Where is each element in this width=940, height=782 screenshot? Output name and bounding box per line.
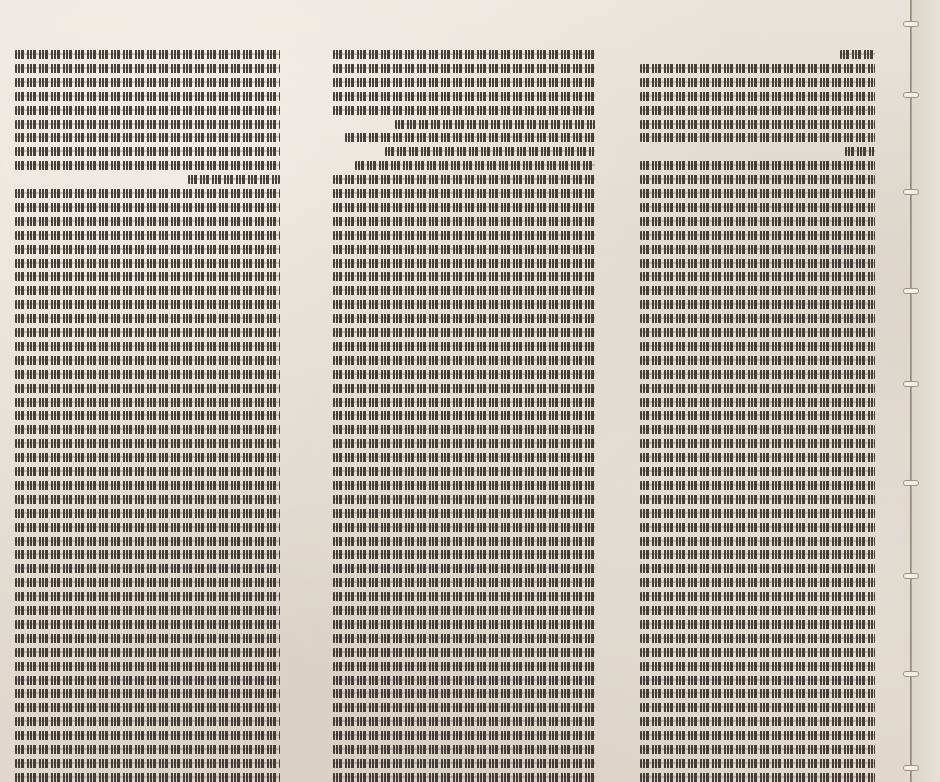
text-line <box>15 217 280 226</box>
text-line <box>333 606 595 615</box>
text-line <box>15 481 280 490</box>
text-line <box>15 356 280 365</box>
text-line <box>333 217 595 226</box>
text-line <box>333 356 595 365</box>
text-line <box>355 161 595 170</box>
text-line <box>640 231 875 240</box>
text-line <box>15 272 280 281</box>
text-line <box>640 676 875 685</box>
text-line <box>640 495 875 504</box>
text-line <box>640 481 875 490</box>
text-line <box>640 272 875 281</box>
text-line <box>15 509 280 518</box>
text-line <box>333 370 595 379</box>
text-line <box>15 703 280 712</box>
text-line <box>15 676 280 685</box>
text-line <box>640 592 875 601</box>
text-line <box>640 731 875 740</box>
text-line <box>640 203 875 212</box>
text-line <box>15 50 280 59</box>
text-line <box>333 759 595 768</box>
text-line <box>640 662 875 671</box>
text-line <box>333 592 595 601</box>
text-line <box>333 509 595 518</box>
text-line <box>333 481 595 490</box>
text-line <box>333 328 595 337</box>
text-line <box>345 133 595 142</box>
text-line <box>333 662 595 671</box>
text-line <box>333 523 595 532</box>
text-line <box>333 384 595 393</box>
text-line <box>640 689 875 698</box>
text-line <box>640 620 875 629</box>
text-line <box>640 64 875 73</box>
stitch <box>903 480 919 486</box>
stitch <box>903 288 919 294</box>
text-column-3 <box>640 50 875 782</box>
text-line <box>640 370 875 379</box>
text-line <box>640 759 875 768</box>
text-line <box>15 773 280 782</box>
text-line <box>333 50 595 59</box>
text-line <box>333 398 595 407</box>
text-line <box>15 564 280 573</box>
text-line <box>15 245 280 254</box>
text-line <box>640 634 875 643</box>
text-line <box>333 439 595 448</box>
text-line <box>15 398 280 407</box>
text-line <box>333 620 595 629</box>
text-line <box>640 439 875 448</box>
text-line <box>640 356 875 365</box>
text-line <box>333 648 595 657</box>
text-line <box>15 467 280 476</box>
text-line <box>15 147 280 156</box>
text-line <box>640 314 875 323</box>
stitch <box>903 21 919 27</box>
text-line <box>640 703 875 712</box>
sheet-seam <box>910 0 912 782</box>
text-line <box>333 578 595 587</box>
text-line <box>333 425 595 434</box>
text-line <box>640 120 875 129</box>
text-line <box>333 676 595 685</box>
text-line <box>333 773 595 782</box>
text-line <box>385 147 595 156</box>
text-line <box>640 245 875 254</box>
text-line <box>333 92 595 101</box>
text-line <box>333 189 595 198</box>
text-line <box>15 759 280 768</box>
text-line <box>15 745 280 754</box>
text-line <box>640 509 875 518</box>
text-line <box>15 578 280 587</box>
text-line <box>640 578 875 587</box>
text-line <box>333 64 595 73</box>
text-line <box>15 300 280 309</box>
text-line <box>333 245 595 254</box>
text-line <box>640 550 875 559</box>
text-column-2 <box>333 50 595 782</box>
text-line <box>333 703 595 712</box>
text-line <box>188 175 280 184</box>
text-line <box>15 731 280 740</box>
text-line <box>333 272 595 281</box>
text-line <box>845 147 875 156</box>
text-line <box>15 495 280 504</box>
text-line <box>15 606 280 615</box>
text-line <box>640 537 875 546</box>
text-line <box>333 203 595 212</box>
text-line <box>333 286 595 295</box>
text-line <box>15 550 280 559</box>
text-line <box>333 453 595 462</box>
text-line <box>15 64 280 73</box>
text-line <box>640 161 875 170</box>
text-line <box>640 78 875 87</box>
text-line <box>15 189 280 198</box>
text-line <box>640 745 875 754</box>
text-line <box>640 133 875 142</box>
stitch <box>903 573 919 579</box>
text-line <box>333 78 595 87</box>
text-line <box>333 259 595 268</box>
text-line <box>840 50 875 59</box>
text-line <box>333 634 595 643</box>
text-line <box>333 550 595 559</box>
text-line <box>640 398 875 407</box>
text-line <box>640 106 875 115</box>
text-line <box>640 259 875 268</box>
text-line <box>333 717 595 726</box>
text-line <box>15 384 280 393</box>
text-line <box>640 189 875 198</box>
stitch <box>903 92 919 98</box>
text-line <box>640 342 875 351</box>
text-line <box>15 286 280 295</box>
text-line <box>640 300 875 309</box>
text-line <box>333 689 595 698</box>
text-line <box>15 523 280 532</box>
stitch <box>903 381 919 387</box>
text-line <box>15 133 280 142</box>
stitch <box>903 765 919 771</box>
text-line <box>15 161 280 170</box>
text-line <box>15 717 280 726</box>
text-line <box>15 425 280 434</box>
text-line <box>15 106 280 115</box>
text-line <box>15 120 280 129</box>
text-line <box>640 425 875 434</box>
text-column-1 <box>15 50 280 782</box>
text-line <box>333 467 595 476</box>
text-line <box>333 495 595 504</box>
text-line <box>15 231 280 240</box>
text-line <box>333 537 595 546</box>
text-line <box>640 467 875 476</box>
text-line <box>333 300 595 309</box>
text-line <box>15 537 280 546</box>
text-line <box>640 328 875 337</box>
text-line <box>15 439 280 448</box>
text-line <box>640 717 875 726</box>
text-line <box>333 314 595 323</box>
text-line <box>15 411 280 420</box>
text-line <box>333 411 595 420</box>
text-line <box>640 773 875 782</box>
text-line <box>640 175 875 184</box>
text-line <box>15 662 280 671</box>
text-line <box>15 620 280 629</box>
text-line <box>15 453 280 462</box>
text-line <box>15 328 280 337</box>
text-line <box>15 259 280 268</box>
text-line <box>15 78 280 87</box>
text-line <box>333 745 595 754</box>
text-line <box>395 120 595 129</box>
text-line <box>640 606 875 615</box>
text-line <box>640 217 875 226</box>
adjacent-sheet <box>912 0 940 782</box>
text-line <box>640 384 875 393</box>
text-line <box>15 342 280 351</box>
text-line <box>640 453 875 462</box>
text-line <box>333 564 595 573</box>
text-line <box>333 175 595 184</box>
text-line <box>15 370 280 379</box>
text-line <box>333 106 595 115</box>
text-line <box>640 92 875 101</box>
text-line <box>15 592 280 601</box>
text-line <box>640 411 875 420</box>
stitch <box>903 671 919 677</box>
text-line <box>640 523 875 532</box>
text-line <box>15 92 280 101</box>
text-line <box>333 231 595 240</box>
text-line <box>333 731 595 740</box>
text-line <box>15 634 280 643</box>
text-line <box>640 564 875 573</box>
text-line <box>15 314 280 323</box>
stitch <box>903 189 919 195</box>
text-line <box>333 342 595 351</box>
text-line <box>15 648 280 657</box>
text-line <box>15 689 280 698</box>
text-line <box>640 648 875 657</box>
text-line <box>15 203 280 212</box>
text-line <box>640 286 875 295</box>
